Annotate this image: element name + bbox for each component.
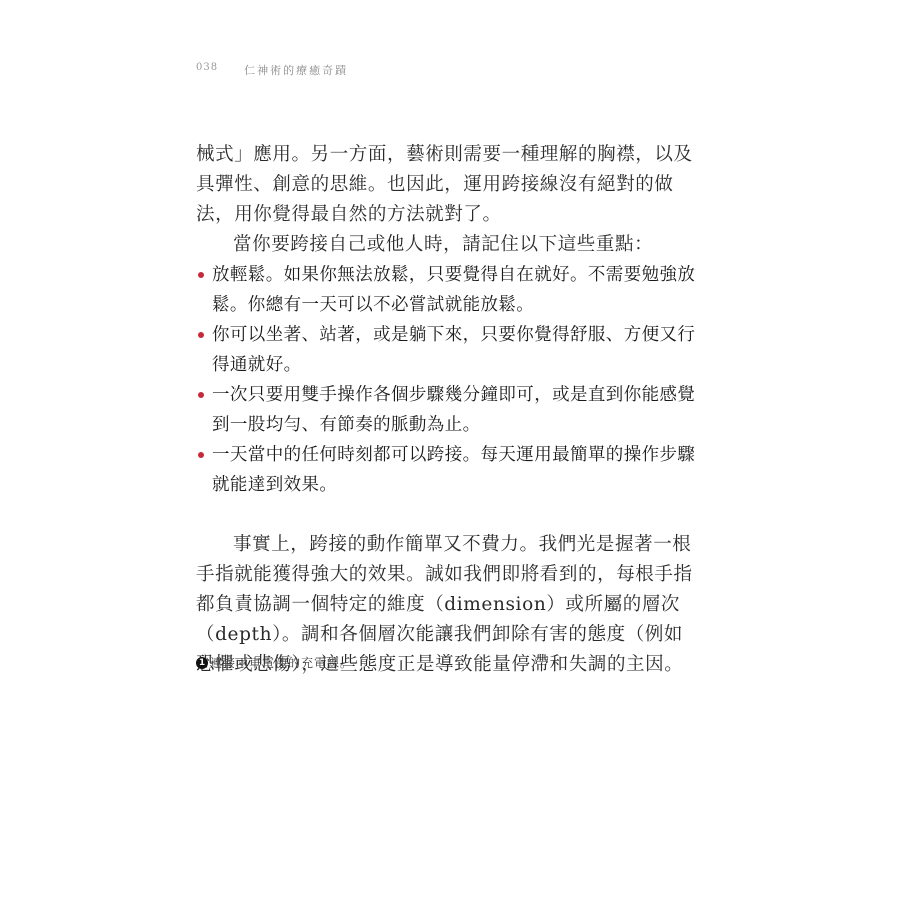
book-title: 仁神術的療癒奇蹟	[244, 62, 348, 78]
bullet-dot-icon	[198, 452, 204, 458]
list-item-text: 一天當中的任何時刻都可以跨接。每天運用最簡單的操作步驟就能達到效果。	[212, 445, 695, 495]
list-item: 放輕鬆。如果你無法放鬆，只要覺得自在就好。不需要勉強放鬆。你總有一天可以不必嘗試…	[196, 260, 696, 320]
paragraph-spacer	[196, 500, 696, 530]
paragraph-intro-list: 當你要跨接自己或他人時，請記住以下這些重點：	[196, 230, 696, 260]
bullet-dot-icon	[198, 332, 204, 338]
list-item: 一天當中的任何時刻都可以跨接。每天運用最簡單的操作步驟就能達到效果。	[196, 440, 696, 500]
list-item-text: 放輕鬆。如果你無法放鬆，只要覺得自在就好。不需要勉強放鬆。你總有一天可以不必嘗試…	[212, 265, 695, 315]
running-header: 038 仁神術的療癒奇蹟	[196, 62, 348, 78]
bullet-dot-icon	[198, 272, 204, 278]
list-item-text: 一次只要用雙手操作各個步驟幾分鐘即可，或是直到你能感覺到一股均勻、有節奏的脈動為…	[212, 385, 695, 435]
bullet-dot-icon	[198, 392, 204, 398]
page-body: 械式」應用。另一方面，藝術則需要一種理解的胸襟，以及具彈性、創意的思維。也因此，…	[196, 140, 696, 680]
footnote-text: 連接兩車電池的充電線。	[210, 654, 353, 671]
list-item: 一次只要用雙手操作各個步驟幾分鐘即可，或是直到你能感覺到一股均勻、有節奏的脈動為…	[196, 380, 696, 440]
list-item-text: 你可以坐著、站著，或是躺下來，只要你覺得舒服、方便又行得通就好。	[212, 325, 695, 375]
footnote-marker-icon: 1	[196, 657, 208, 669]
list-item: 你可以坐著、站著，或是躺下來，只要你覺得舒服、方便又行得通就好。	[196, 320, 696, 380]
paragraph-continued: 械式」應用。另一方面，藝術則需要一種理解的胸襟，以及具彈性、創意的思維。也因此，…	[196, 140, 696, 230]
key-points-list: 放輕鬆。如果你無法放鬆，只要覺得自在就好。不需要勉強放鬆。你總有一天可以不必嘗試…	[196, 260, 696, 500]
page-number: 038	[196, 62, 218, 78]
footnote: 1 連接兩車電池的充電線。	[196, 654, 353, 671]
